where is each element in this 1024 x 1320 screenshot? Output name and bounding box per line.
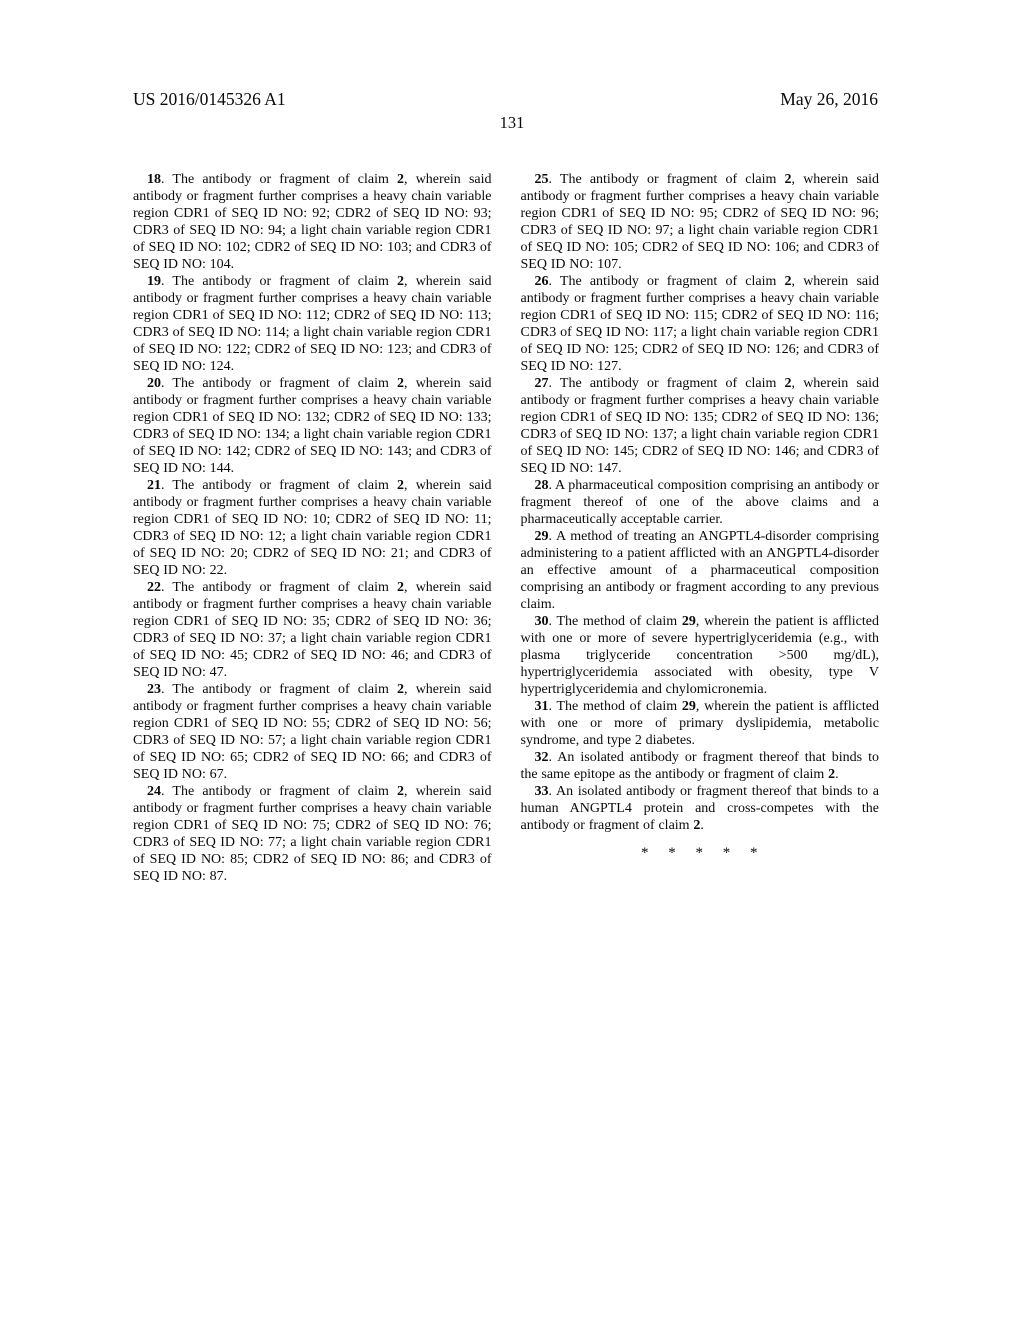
claim-number: 24 (147, 784, 161, 799)
claim-reference-number: 2 (785, 172, 792, 187)
claim-32: 32. An isolated antibody or fragment the… (521, 749, 880, 783)
page-number: 131 (0, 113, 1024, 133)
claim-text: , wherein said antibody or fragment furt… (521, 376, 880, 476)
right-column: 25. The antibody or fragment of claim 2,… (521, 171, 880, 885)
claim-26: 26. The antibody or fragment of claim 2,… (521, 273, 880, 375)
claim-text: , wherein said antibody or fragment furt… (133, 376, 492, 476)
claim-number: 22 (147, 580, 161, 595)
claim-21: 21. The antibody or fragment of claim 2,… (133, 477, 492, 579)
claim-reference-number: 2 (397, 580, 404, 595)
claim-19: 19. The antibody or fragment of claim 2,… (133, 273, 492, 375)
claim-text: . The antibody or fragment of claim (549, 274, 785, 289)
claim-reference-number: 2 (785, 274, 792, 289)
claim-number: 31 (535, 699, 549, 714)
claim-28: 28. A pharmaceutical composition compris… (521, 477, 880, 528)
claim-text: . The antibody or fragment of claim (161, 172, 397, 187)
claim-number: 27 (535, 376, 549, 391)
claim-text: , wherein said antibody or fragment furt… (133, 682, 492, 782)
claim-reference-number: 2 (397, 784, 404, 799)
claim-30: 30. The method of claim 29, wherein the … (521, 613, 880, 698)
claim-31: 31. The method of claim 29, wherein the … (521, 698, 880, 749)
claim-text: . The method of claim (549, 699, 682, 714)
claim-20: 20. The antibody or fragment of claim 2,… (133, 375, 492, 477)
claim-number: 26 (535, 274, 549, 289)
claim-27: 27. The antibody or fragment of claim 2,… (521, 375, 880, 477)
claim-text: . The antibody or fragment of claim (161, 682, 397, 697)
claims-body: 18. The antibody or fragment of claim 2,… (133, 171, 879, 885)
claim-number: 21 (147, 478, 161, 493)
claim-text: , wherein said antibody or fragment furt… (133, 784, 492, 884)
claim-22: 22. The antibody or fragment of claim 2,… (133, 579, 492, 681)
claim-18: 18. The antibody or fragment of claim 2,… (133, 171, 492, 273)
claim-number: 18 (147, 172, 161, 187)
claim-reference-number: 29 (682, 699, 696, 714)
claim-25: 25. The antibody or fragment of claim 2,… (521, 171, 880, 273)
claim-23: 23. The antibody or fragment of claim 2,… (133, 681, 492, 783)
claim-text: , wherein said antibody or fragment furt… (133, 478, 492, 578)
claim-reference-number: 2 (397, 376, 404, 391)
claim-text: . The method of claim (549, 614, 682, 629)
claim-number: 33 (535, 784, 549, 799)
claim-text: . (700, 818, 704, 833)
claim-24: 24. The antibody or fragment of claim 2,… (133, 783, 492, 885)
claim-text: . An isolated antibody or fragment there… (521, 750, 880, 782)
claim-text: , wherein said antibody or fragment furt… (133, 172, 492, 272)
claim-reference-number: 2 (397, 274, 404, 289)
claim-text: . The antibody or fragment of claim (161, 580, 397, 595)
claim-text: , wherein said antibody or fragment furt… (521, 274, 880, 374)
claim-reference-number: 29 (682, 614, 696, 629)
claim-33: 33. An isolated antibody or fragment the… (521, 783, 880, 834)
publication-date: May 26, 2016 (780, 89, 878, 110)
patent-publication-number: US 2016/0145326 A1 (133, 89, 286, 110)
claim-number: 23 (147, 682, 161, 697)
claim-number: 32 (535, 750, 549, 765)
end-of-claims-marker: * * * * * (521, 845, 880, 862)
claim-text: . The antibody or fragment of claim (161, 376, 397, 391)
claim-text: . A pharmaceutical composition comprisin… (521, 478, 880, 527)
claim-reference-number: 2 (397, 682, 404, 697)
claim-text: . The antibody or fragment of claim (549, 376, 785, 391)
claim-text: . A method of treating an ANGPTL4-disord… (521, 529, 880, 612)
claim-number: 30 (535, 614, 549, 629)
claim-text: . The antibody or fragment of claim (161, 784, 397, 799)
claim-reference-number: 2 (397, 172, 404, 187)
claim-reference-number: 2 (397, 478, 404, 493)
claim-text: , wherein said antibody or fragment furt… (133, 274, 492, 374)
claim-number: 25 (535, 172, 549, 187)
right-column-claims: 25. The antibody or fragment of claim 2,… (521, 171, 880, 834)
claim-number: 20 (147, 376, 161, 391)
claim-text: . The antibody or fragment of claim (549, 172, 785, 187)
claim-text: , wherein said antibody or fragment furt… (521, 172, 880, 272)
claim-text: . The antibody or fragment of claim (161, 274, 397, 289)
claim-29: 29. A method of treating an ANGPTL4-diso… (521, 528, 880, 613)
claim-reference-number: 2 (785, 376, 792, 391)
claim-text: . (835, 767, 839, 782)
claim-text: , wherein said antibody or fragment furt… (133, 580, 492, 680)
claim-text: . The antibody or fragment of claim (161, 478, 397, 493)
claim-number: 28 (535, 478, 549, 493)
claim-number: 29 (535, 529, 549, 544)
claim-number: 19 (147, 274, 161, 289)
patent-page: US 2016/0145326 A1 May 26, 2016 131 18. … (0, 0, 1024, 1320)
left-column: 18. The antibody or fragment of claim 2,… (133, 171, 492, 885)
